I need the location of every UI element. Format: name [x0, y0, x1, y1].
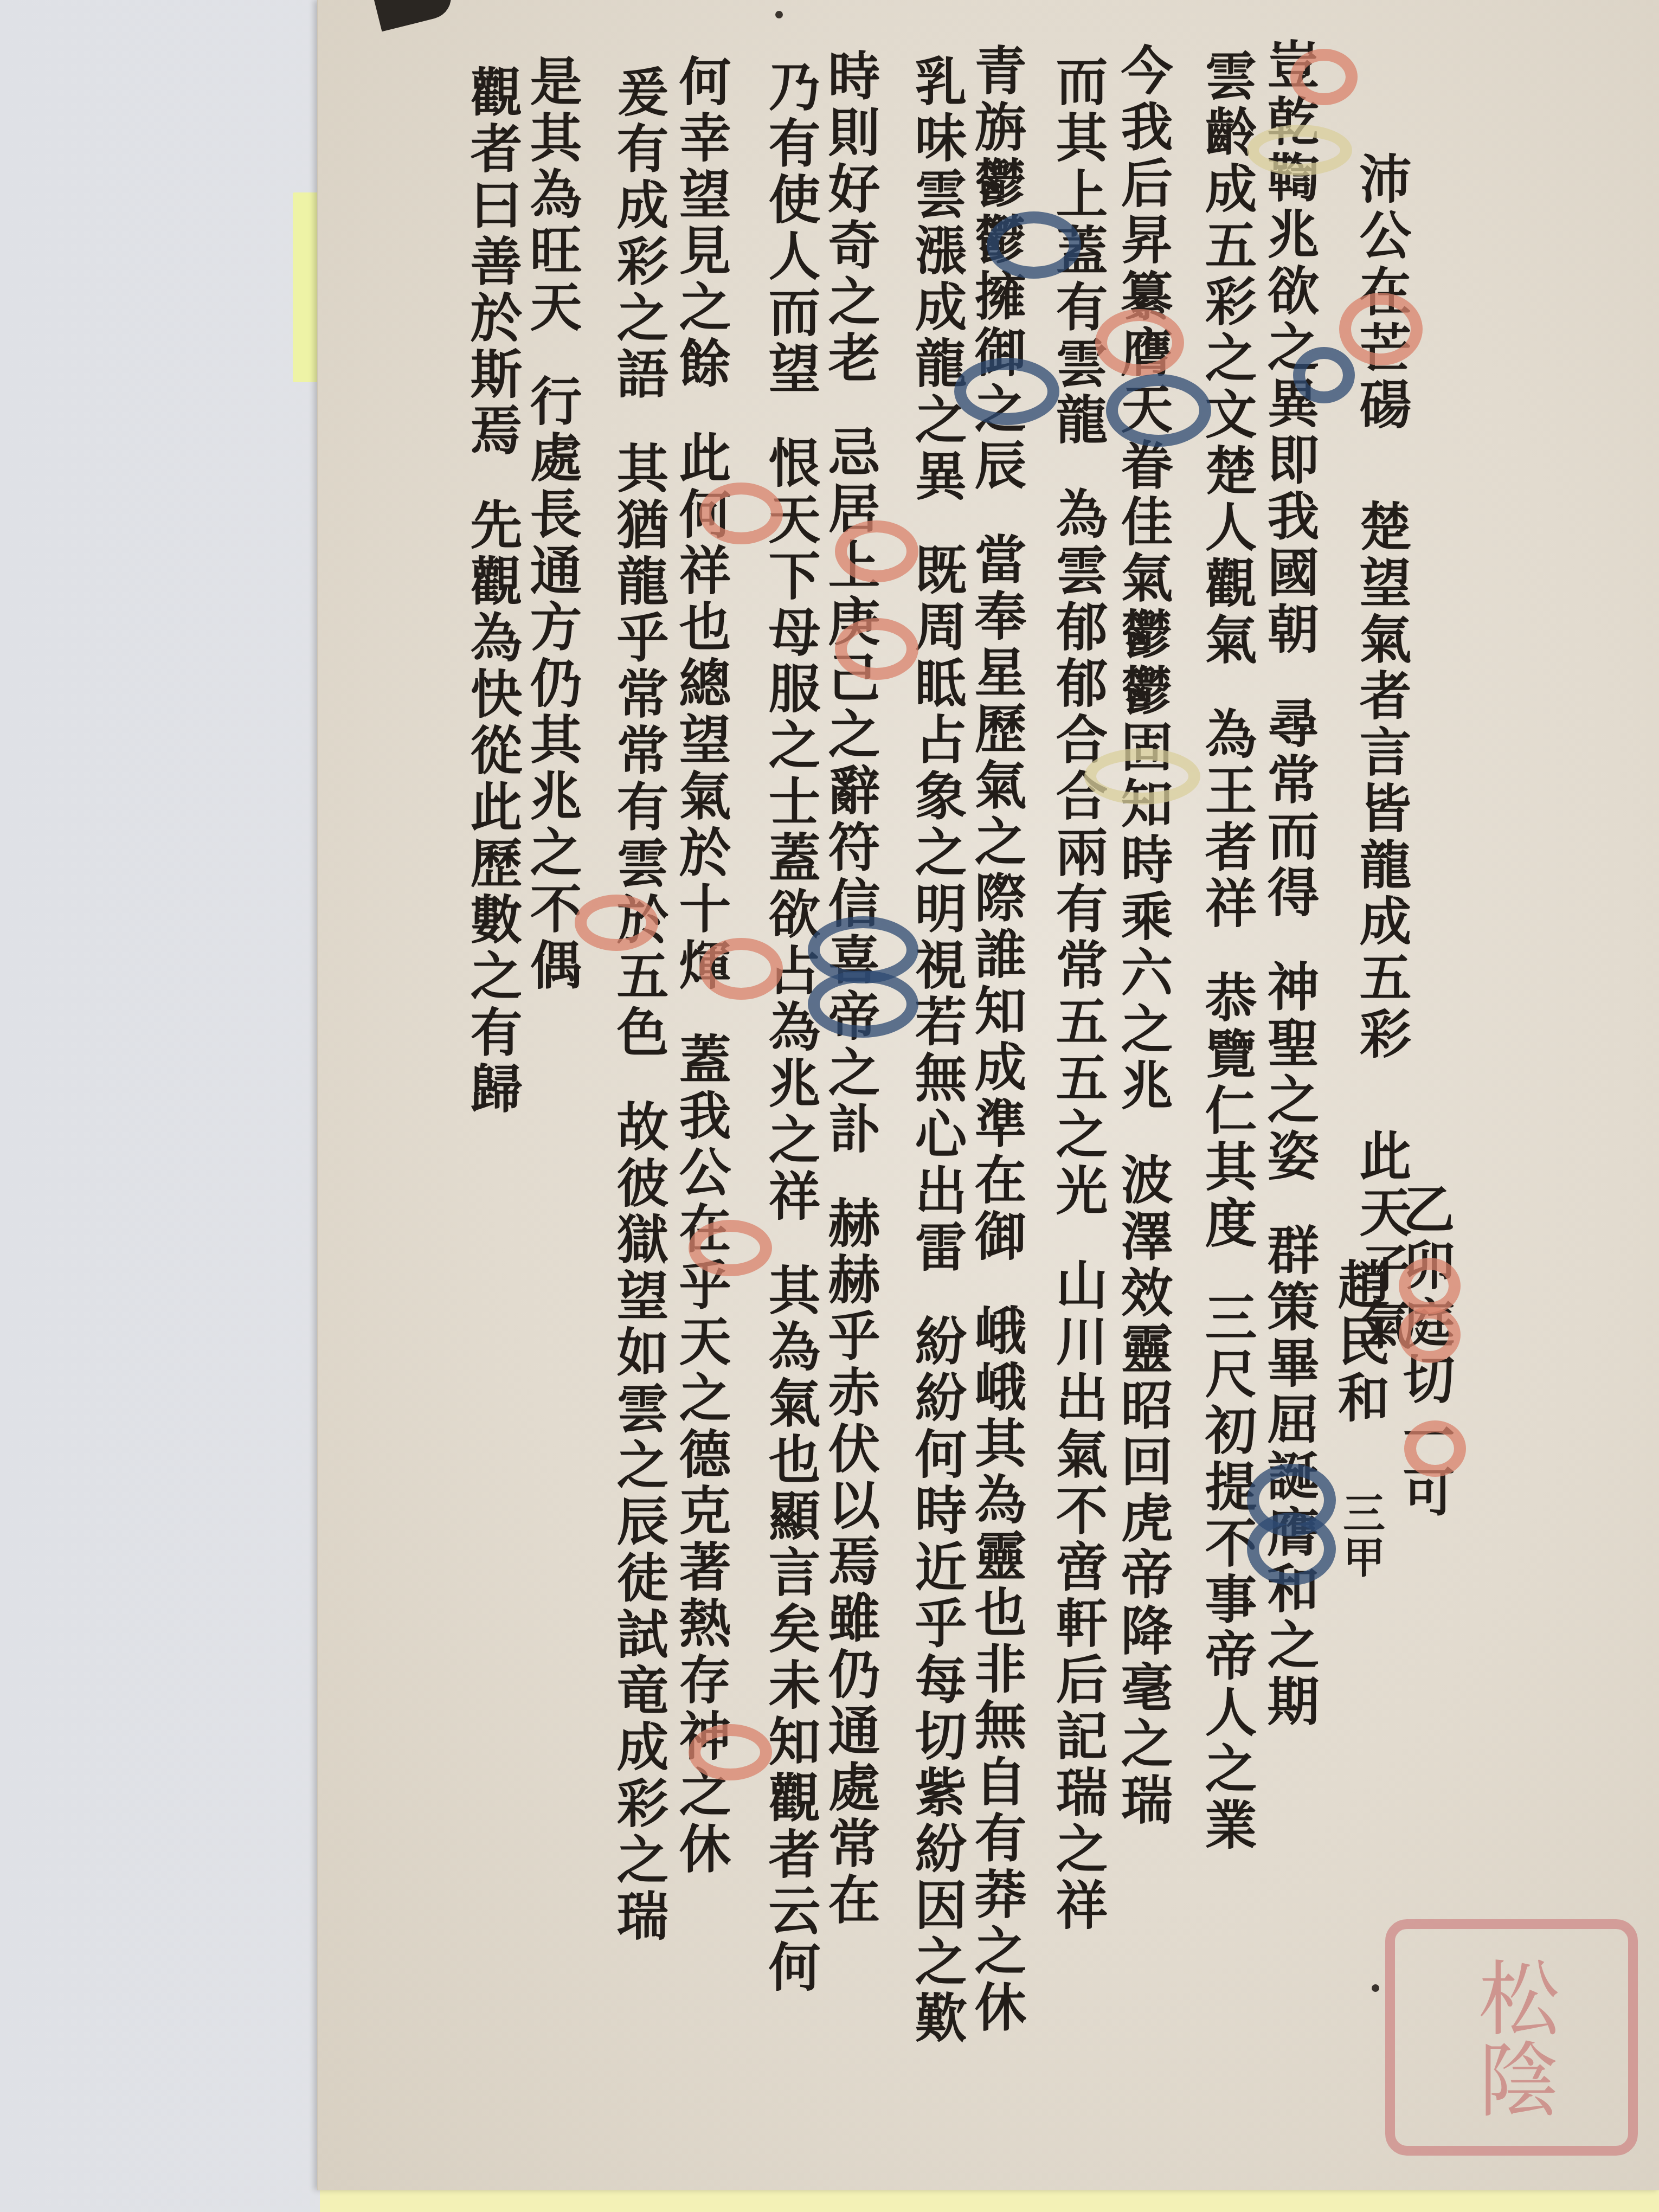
page-tab-marker: [293, 192, 319, 382]
blue-circle-mark: [954, 358, 1059, 425]
yellow-circle-mark: [1247, 125, 1352, 176]
red-circle-mark: [1399, 1307, 1461, 1363]
column-6-bottom: 峨峨其為靈也非無自有莽之休: [966, 1303, 1027, 2036]
column-3-bottom-b: 三尺初提不事帝人之業: [1197, 1290, 1258, 1854]
column-11-mid: 其猶龍乎常常有雲於五色: [608, 441, 670, 1062]
rank-label: 三甲: [1336, 1491, 1385, 1580]
blue-circle-mark: [987, 211, 1081, 279]
column-6-mid: 當奉星歷氣之際誰知成準在御: [966, 532, 1027, 1265]
red-circle-mark: [689, 1220, 772, 1276]
column-4-mid: 佳氣鬱鬱固知時乘六之兆: [1113, 494, 1174, 1115]
red-circle-mark: [1095, 309, 1184, 376]
column-4-bottom: 波澤效靈昭回虎帝降毫之瑞: [1113, 1153, 1174, 1829]
column-2-bottom-a: 神聖之姿: [1259, 960, 1320, 1185]
header-author: 趙民和: [1334, 1258, 1386, 1427]
text-column-3: 雲齡成五彩之文楚人觀氣為王者祥恭覽仁其度三尺初提不事帝人之業: [1201, 49, 1253, 1854]
red-circle-mark: [699, 938, 783, 1000]
header-rank: 三甲: [1339, 1491, 1381, 1580]
text-column-12: 是其為旺天行處長通方仍其兆之不偶: [526, 54, 578, 994]
column-7-top: 乳味雲漲成龍之異: [906, 54, 968, 505]
red-circle-mark: [689, 1724, 772, 1780]
blue-circle-mark: [1106, 374, 1211, 447]
text-column-13: 觀者曰善於斯焉先觀為快從此歷數之有歸: [466, 65, 518, 1118]
column-12-bottom: 行處長通方仍其兆之不偶: [522, 374, 583, 994]
blue-circle-mark: [1293, 347, 1355, 403]
column-7-bottom: 紛紛何時近乎每切紫紛因之歎: [906, 1314, 968, 2047]
red-circle-mark: [575, 895, 658, 951]
column-2-mid: 尋常而得: [1259, 696, 1320, 922]
red-circle-mark: [835, 520, 918, 582]
column-3-top: 雲齡成五彩之文楚人觀氣: [1197, 49, 1258, 669]
column-9-bottom: 其為氣也顯言矣未知觀者云何: [760, 1263, 821, 1996]
column-10-top: 何幸望見之餘: [671, 54, 732, 393]
column-11-bottom: 故彼獄望如雲之辰徒試竜成彩之瑞: [608, 1099, 670, 1945]
column-9-top: 乃有使人而望: [760, 60, 821, 398]
red-circle-mark: [1290, 49, 1358, 105]
ink-dot: [1372, 1984, 1379, 1992]
text-column-6: 青旃鬱鬱擁御之辰當奉星歷氣之際誰知成準在御峨峨其為靈也非無自有莽之休: [970, 43, 1023, 2036]
column-9-mid: 恨天下母服之士蓋欲占為兆之祥: [760, 436, 821, 1225]
column-3-bottom-a: 恭覽仁其度: [1197, 970, 1258, 1252]
yellow-circle-mark: [1084, 748, 1200, 805]
column-5-bottom: 山川出氣不啻軒后記瑞之祥: [1047, 1258, 1109, 1934]
text-column-7: 乳味雲漲成龍之異既周眡占象之明視若無心出雷紛紛何時近乎每切紫紛因之歎: [911, 54, 963, 2047]
ink-dot: [775, 11, 783, 18]
column-11-top: 爰有成彩之語: [608, 65, 670, 403]
column-8-bottom: 赫赫乎赤伏以焉雖仍通處常在: [820, 1196, 881, 1929]
column-12-top: 是其為旺天: [522, 54, 583, 336]
red-circle-mark: [1399, 1258, 1461, 1314]
column-5-mid: 為雲郁郁合合兩有常五五之光: [1047, 487, 1109, 1220]
red-circle-mark: [1339, 293, 1423, 365]
author-name: 趙民和: [1329, 1258, 1391, 1427]
column-13-top: 觀者曰善於斯焉: [462, 65, 523, 460]
blue-circle-mark: [1247, 1513, 1336, 1585]
red-circle-mark: [835, 618, 918, 680]
column-13-bottom: 先觀為快從此歷數之有歸: [462, 498, 523, 1118]
column-3-mid: 為王者祥: [1197, 707, 1258, 933]
text-column-11: 爰有成彩之語其猶龍乎常常有雲於五色故彼獄望如雲之辰徒試竜成彩之瑞: [613, 65, 665, 1945]
text-column-9: 乃有使人而望恨天下母服之士蓋欲占為兆之祥其為氣也顯言矣未知觀者云何: [764, 60, 816, 1996]
red-seal-stamp: 松陰: [1385, 1919, 1638, 2156]
column-8-top: 時則好奇之老: [820, 49, 881, 387]
red-circle-mark: [1404, 1420, 1466, 1477]
red-circle-mark: [699, 483, 783, 544]
seal-text: 松陰: [1453, 1956, 1570, 2119]
blue-circle-mark: [808, 970, 918, 1038]
